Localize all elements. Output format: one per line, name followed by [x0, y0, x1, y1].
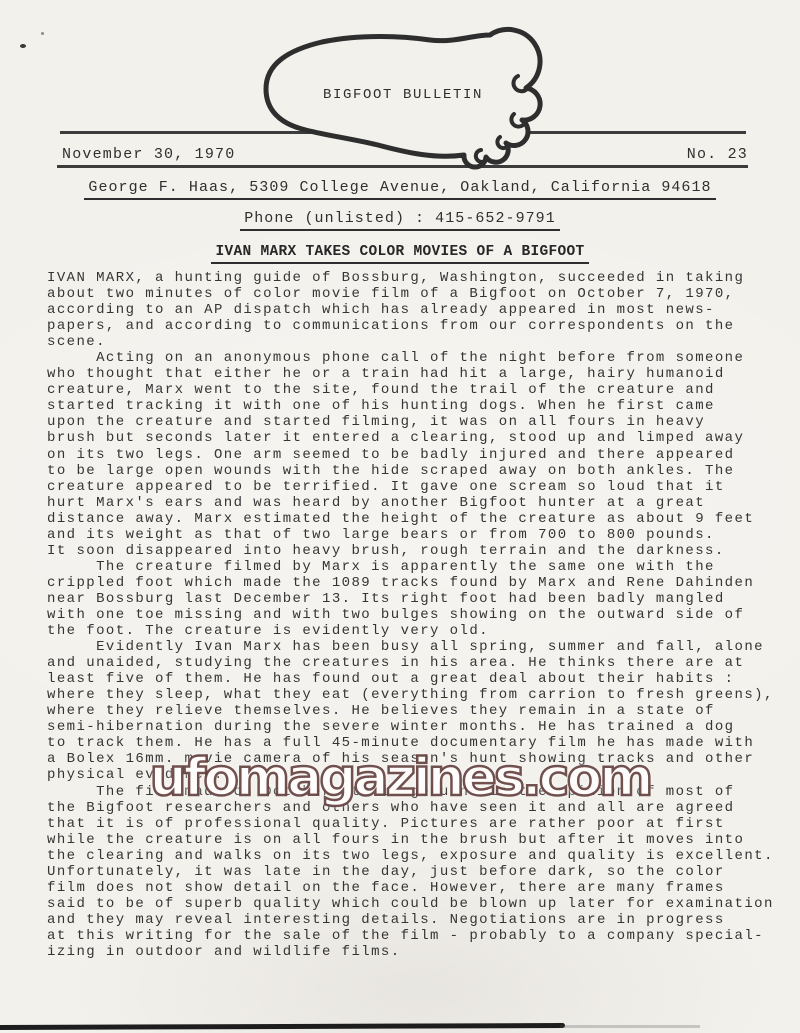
- publisher-line-row: George F. Haas, 5309 College Avenue, Oak…: [0, 179, 800, 200]
- paragraph: Acting on an anonymous phone call of the…: [47, 350, 774, 559]
- article-body: IVAN MARX, a hunting guide of Bossburg, …: [47, 270, 774, 960]
- scan-speck: [41, 32, 44, 35]
- site-watermark: ufomagazines.com: [150, 748, 651, 808]
- publisher-line: George F. Haas, 5309 College Avenue, Oak…: [84, 179, 715, 200]
- scan-edge-artifact-faint: [560, 1025, 700, 1028]
- paragraph: The creature filmed by Marx is apparentl…: [47, 559, 774, 639]
- paragraph: The film made on October 7th is genuine …: [47, 784, 774, 961]
- scan-speck: [20, 44, 26, 48]
- scanned-newsletter-page: BIGFOOT BULLETIN November 30, 1970 No. 2…: [0, 0, 800, 1033]
- phone-line: Phone (unlisted) : 415-652-9791: [240, 210, 560, 231]
- issue-number: No. 23: [687, 146, 748, 163]
- issue-date: November 30, 1970: [62, 146, 235, 163]
- paragraph: IVAN MARX, a hunting guide of Bossburg, …: [47, 270, 774, 350]
- newsletter-title: BIGFOOT BULLETIN: [262, 87, 544, 103]
- phone-line-row: Phone (unlisted) : 415-652-9791: [0, 210, 800, 231]
- article-headline-row: IVAN MARX TAKES COLOR MOVIES OF A BIGFOO…: [0, 244, 800, 264]
- article-headline: IVAN MARX TAKES COLOR MOVIES OF A BIGFOO…: [211, 244, 588, 264]
